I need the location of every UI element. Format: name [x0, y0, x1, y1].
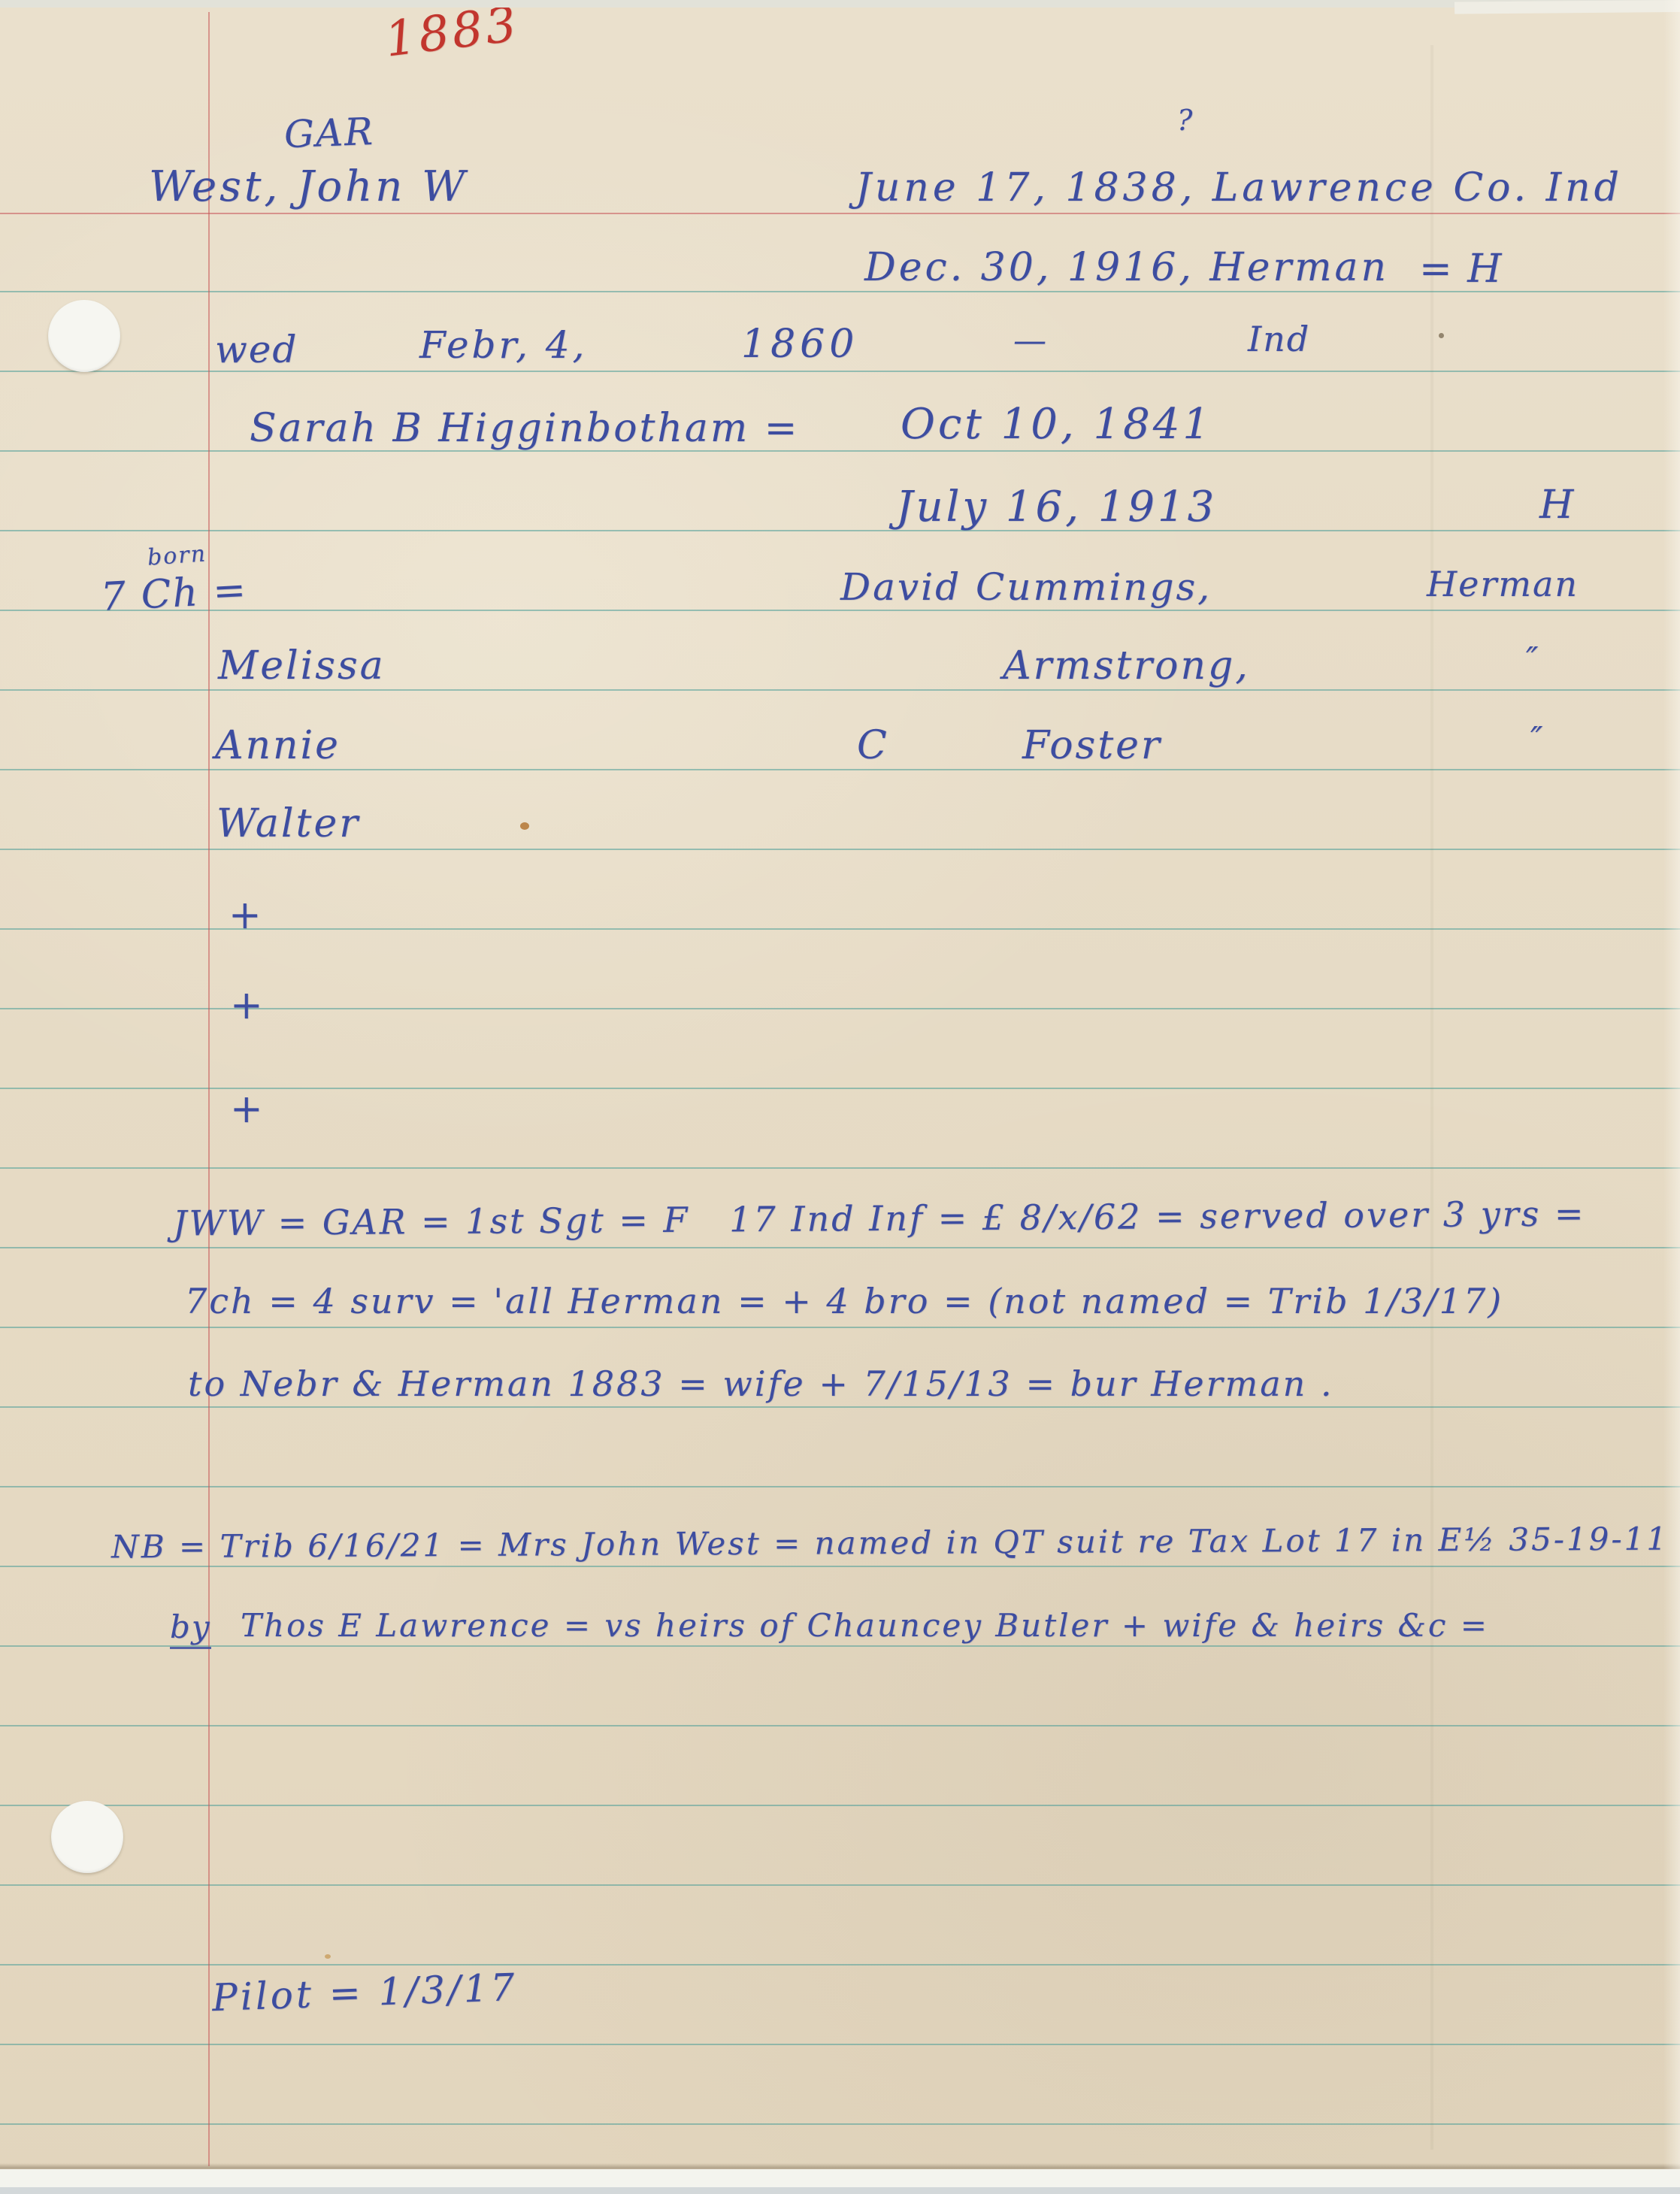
ditto-mark: ″	[1530, 720, 1544, 758]
spouse-death: July 16, 1913	[896, 483, 1217, 531]
birth-date-place: June 17, 1838, Lawrence Co. Ind	[855, 165, 1623, 210]
child-place: Herman	[1427, 564, 1579, 604]
red-header-rule	[0, 213, 1680, 214]
child-spouse: David Cummings,	[840, 565, 1212, 609]
death-date-place: Dec. 30, 1916, Herman	[864, 245, 1389, 290]
spouse-birth: Oct 10, 1841	[901, 400, 1212, 449]
plus-mark: +	[230, 983, 265, 1028]
dark-speck	[1439, 333, 1444, 338]
ditto-mark: ″	[1526, 640, 1539, 679]
scanned-genealogy-note-card: 1883 GAR West, John W ? June 17, 1838, L…	[0, 0, 1680, 2194]
plus-mark: +	[230, 1087, 265, 1132]
children-born-superscript: born	[147, 540, 207, 570]
paper-crease	[1430, 45, 1433, 2150]
red-margin-rule	[208, 12, 210, 2166]
scan-edge-strip	[0, 2187, 1680, 2194]
child-spouse: Foster	[1022, 723, 1162, 768]
nb-line: Thos E Lawrence = vs heirs of Chauncey B…	[241, 1607, 1489, 1644]
child-name: Melissa	[218, 643, 386, 688]
death-flag: = H	[1419, 247, 1503, 292]
marriage-year: 1860	[741, 322, 858, 367]
year-annotation: 1883	[382, 0, 522, 68]
child-spouse-initial: C	[857, 723, 888, 768]
spouse-name: Sarah B Higginbotham =	[250, 406, 799, 451]
child-spouse: Armstrong,	[1003, 643, 1250, 688]
spouse-death-place: H	[1539, 483, 1575, 528]
scan-edge-top	[0, 0, 1680, 8]
child-name: Walter	[216, 801, 360, 846]
gar-label: GAR	[283, 110, 375, 156]
rust-speck	[520, 822, 529, 830]
child-name: Annie	[215, 723, 341, 768]
marriage-date: Febr, 4,	[419, 323, 587, 367]
nb-by-label: by	[170, 1608, 211, 1649]
marriage-dash: —	[1013, 322, 1048, 360]
plus-mark: +	[229, 893, 263, 938]
small-stain	[325, 1954, 331, 1959]
birth-uncertainty-mark: ?	[1177, 104, 1194, 137]
scan-corner-top-right	[1454, 0, 1680, 14]
note-line: 7ch = 4 surv = 'all Herman = + 4 bro = (…	[185, 1281, 1503, 1321]
marriage-label: wed	[215, 328, 298, 371]
person-name: West, John W	[149, 162, 468, 211]
punch-hole-bottom	[51, 1801, 123, 1873]
paper-right-edge	[1663, 0, 1680, 2169]
marriage-place: Ind	[1248, 319, 1310, 359]
note-line: to Nebr & Herman 1883 = wife + 7/15/13 =…	[188, 1363, 1334, 1404]
punch-hole-top	[48, 300, 120, 372]
children-count-label: 7 Ch =	[100, 567, 249, 620]
